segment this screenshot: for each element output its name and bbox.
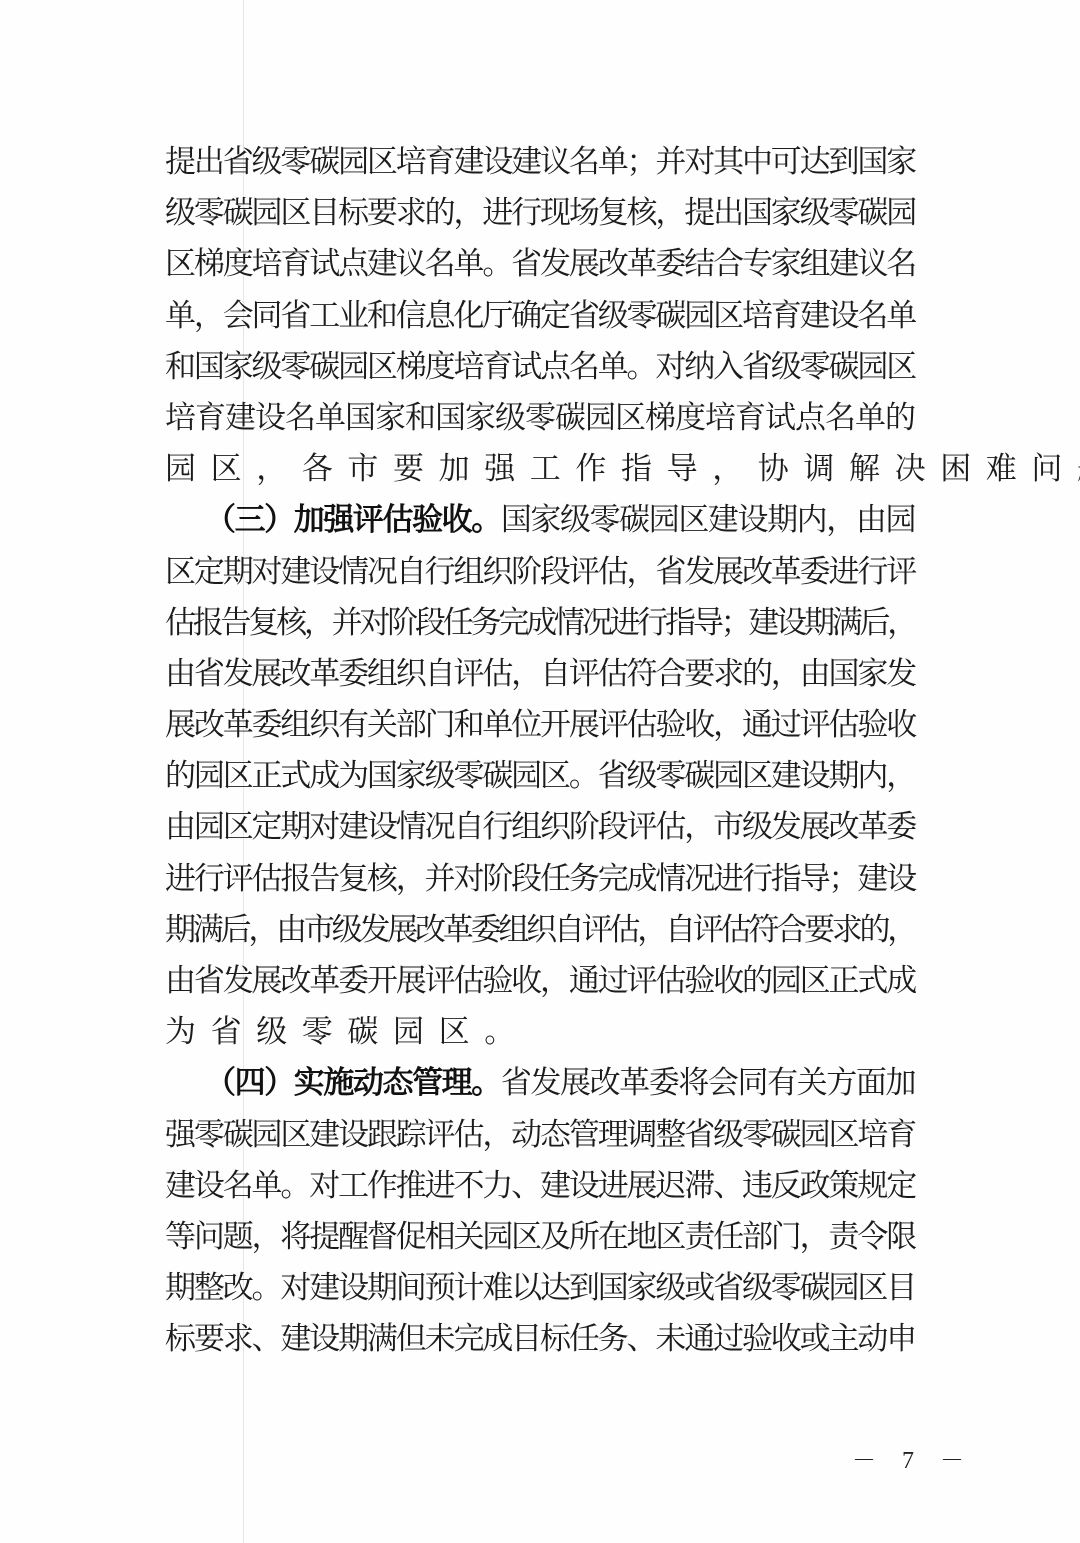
text-line: 和国家级零碳园区梯度培育试点名单。对纳入省级零碳园区 bbox=[165, 342, 915, 393]
text-line: 期满后，由市级发展改革委组织自评估，自评估符合要求的， bbox=[165, 905, 915, 956]
document-body: 提出省级零碳园区培育建设建议名单；并对其中可达到国家 级零碳园区目标要求的，进行… bbox=[165, 137, 915, 1366]
text-line: 的园区正式成为国家级零碳园区。省级零碳园区建设期内， bbox=[165, 751, 915, 802]
text-line: 进行评估报告复核，并对阶段任务完成情况进行指导；建设 bbox=[165, 854, 915, 905]
text-line: 等问题，将提醒督促相关园区及所在地区责任部门，责令限 bbox=[165, 1212, 915, 1263]
text-line: 区定期对建设情况自行组织阶段评估，省发展改革委进行评 bbox=[165, 547, 915, 598]
text-line: 园区，各市要加强工作指导，协调解决困难问题。 bbox=[165, 444, 915, 495]
text-line: 展改革委组织有关部门和单位开展评估验收，通过评估验收 bbox=[165, 700, 915, 751]
text-line: 单，会同省工业和信息化厅确定省级零碳园区培育建设名单 bbox=[165, 291, 915, 342]
text-line: 强零碳园区建设跟踪评估，动态管理调整省级零碳园区培育 bbox=[165, 1110, 915, 1161]
paragraph-section-4: （四）实施动态管理。省发展改革委将会同有关方面加 强零碳园区建设跟踪评估，动态管… bbox=[165, 1058, 915, 1365]
paragraph-continuation: 提出省级零碳园区培育建设建议名单；并对其中可达到国家 级零碳园区目标要求的，进行… bbox=[165, 137, 915, 495]
text-line: 级零碳园区目标要求的，进行现场复核，提出国家级零碳园 bbox=[165, 188, 915, 239]
text-span: 省发展改革委将会同有关方面加 bbox=[501, 1065, 915, 1101]
text-line: 提出省级零碳园区培育建设建议名单；并对其中可达到国家 bbox=[165, 137, 915, 188]
paragraph-section-3: （三）加强评估验收。国家级零碳园区建设期内，由园 区定期对建设情况自行组织阶段评… bbox=[165, 495, 915, 1058]
section-heading: （三）加强评估验收。 bbox=[205, 502, 501, 538]
text-line: 区梯度培育试点建议名单。省发展改革委结合专家组建议名 bbox=[165, 239, 915, 290]
section-heading-line: （三）加强评估验收。国家级零碳园区建设期内，由园 bbox=[165, 495, 915, 546]
text-line: 标要求、建设期满但未完成目标任务、未通过验收或主动申 bbox=[165, 1314, 915, 1365]
text-line: 由省发展改革委开展评估验收，通过评估验收的园区正式成 bbox=[165, 956, 915, 1007]
text-line: 由园区定期对建设情况自行组织阶段评估，市级发展改革委 bbox=[165, 802, 915, 853]
section-heading-line: （四）实施动态管理。省发展改革委将会同有关方面加 bbox=[165, 1058, 915, 1109]
page-number: － 7 － bbox=[852, 1440, 974, 1475]
document-page: 提出省级零碳园区培育建设建议名单；并对其中可达到国家 级零碳园区目标要求的，进行… bbox=[0, 0, 1080, 1543]
text-span: 国家级零碳园区建设期内，由园 bbox=[501, 502, 915, 538]
text-line: 为省级零碳园区。 bbox=[165, 1007, 915, 1058]
text-line: 培育建设名单国家和国家级零碳园区梯度培育试点名单的 bbox=[165, 393, 915, 444]
text-line: 由省发展改革委组织自评估，自评估符合要求的，由国家发 bbox=[165, 649, 915, 700]
text-line: 期整改。对建设期间预计难以达到国家级或省级零碳园区目 bbox=[165, 1263, 915, 1314]
text-line: 估报告复核，并对阶段任务完成情况进行指导；建设期满后， bbox=[165, 598, 915, 649]
section-heading: （四）实施动态管理。 bbox=[205, 1065, 501, 1101]
text-line: 建设名单。对工作推进不力、建设进展迟滞、违反政策规定 bbox=[165, 1161, 915, 1212]
